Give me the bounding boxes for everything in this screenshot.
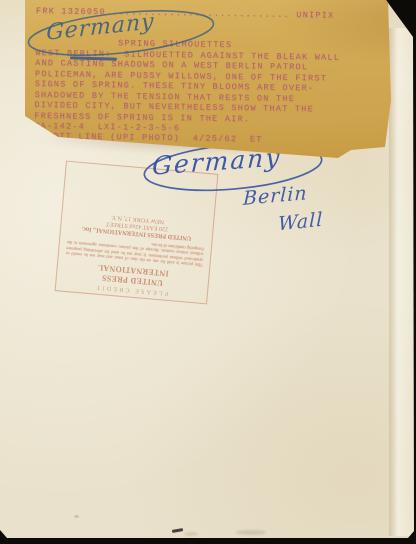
photo-back-paper: PLEASE CREDIT UNITED PRESS INTERNATIONAL… xyxy=(0,0,416,544)
scanned-photo-back: PLEASE CREDIT UNITED PRESS INTERNATIONAL… xyxy=(0,0,416,544)
photo-edge-highlight xyxy=(389,28,414,536)
paper-speck xyxy=(74,515,79,518)
handwritten-wall-note: Wall xyxy=(278,209,323,236)
pen-dash-mark xyxy=(172,528,183,532)
handwritten-berlin-note: Berlin xyxy=(243,182,308,210)
faint-smudge xyxy=(236,530,266,535)
faint-smudge xyxy=(184,532,198,536)
